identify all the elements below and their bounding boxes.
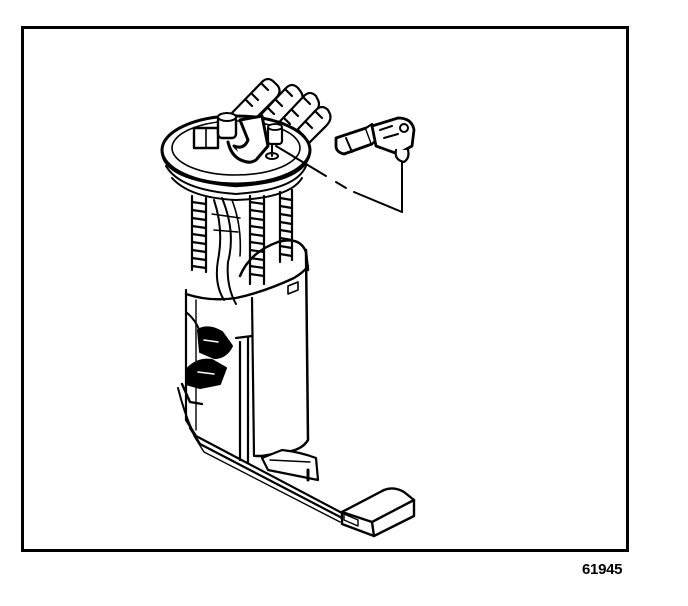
pump-strut [236,336,252,462]
fuel-level-float [342,488,414,536]
guide-rod-springs [192,190,292,304]
fuel-pump-module-illustration [0,0,688,606]
figure-number: 61945 [582,561,622,578]
